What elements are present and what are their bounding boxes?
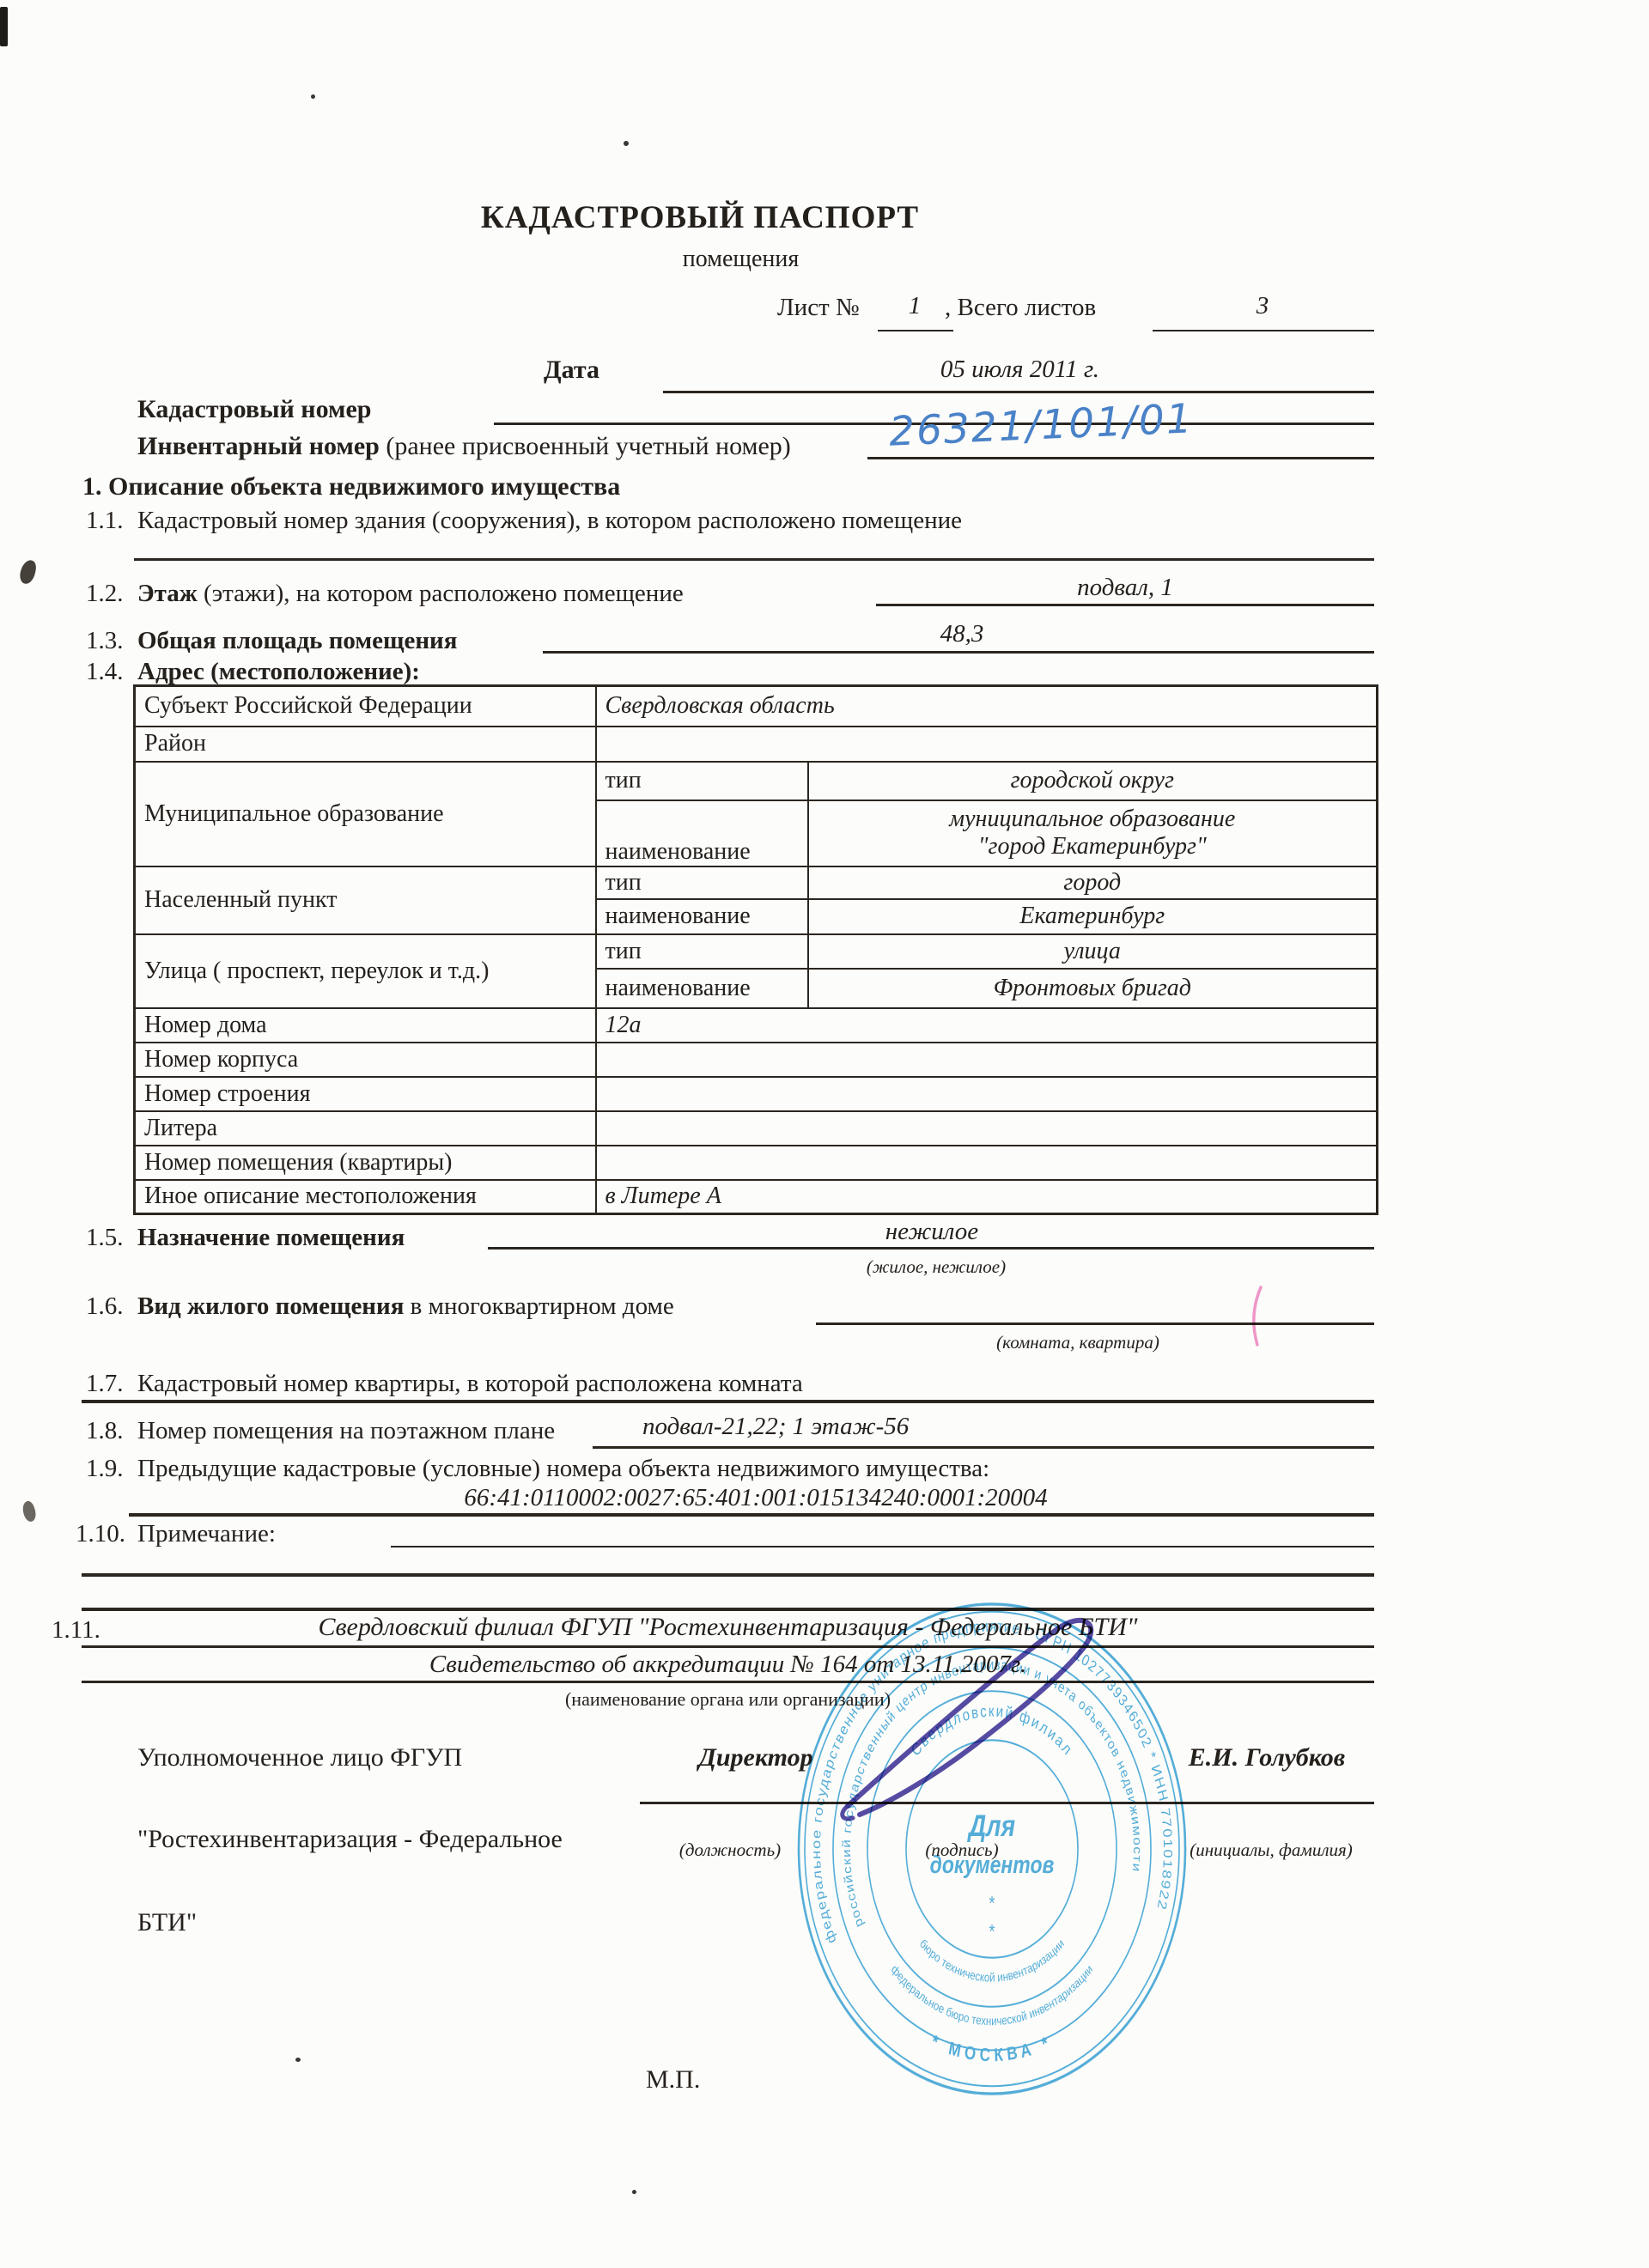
item-1-2-label-rest: (этажи), на котором расположено помещени… <box>198 580 684 607</box>
page-subtitle: помещения <box>0 246 1482 273</box>
item-1-9-underline <box>129 1513 1374 1517</box>
date-value: 05 июля 2011 г. <box>666 356 1374 384</box>
row-label: Улица ( проспект, переулок и т.д.) <box>135 934 596 1008</box>
table-row: Район <box>135 727 1378 762</box>
authorized-person-line3: БТИ" <box>137 1908 197 1937</box>
separator-line <box>82 1573 1374 1577</box>
row-label: Муниципальное образование <box>135 762 596 866</box>
row-value <box>596 1077 1378 1111</box>
row-sub-value: Фронтовых бригад <box>808 969 1378 1008</box>
row-label: Субъект Российской Федерации <box>135 686 596 727</box>
table-row: Муниципальное образование тип городской … <box>135 762 1378 800</box>
item-1-2-num: 1.2. <box>86 580 124 608</box>
row-sub-value: муниципальное образование"город Екатерин… <box>808 800 1378 866</box>
stamp-moscow-text: * МОСКВА * <box>929 2031 1055 2066</box>
item-1-2-value: подвал, 1 <box>876 574 1374 602</box>
item-1-6-hint: (комната, квартира) <box>928 1332 1228 1353</box>
sheet-label: Лист № <box>777 294 860 322</box>
item-1-1-underline <box>134 558 1374 561</box>
item-1-10-num: 1.10. <box>76 1520 125 1548</box>
svg-text:* МОСКВА *: * МОСКВА * <box>929 2031 1055 2066</box>
row-value <box>596 1043 1378 1077</box>
item-1-5-label: Назначение помещения <box>137 1224 405 1252</box>
cadastral-passport-scan: КАДАСТРОВЫЙ ПАСПОРТ помещения Лист № 1 ,… <box>0 0 1649 2268</box>
sheet-total: 3 <box>1151 292 1374 320</box>
item-1-3-label: Общая площадь помещения <box>137 627 457 655</box>
item-1-7-label: Кадастровый номер квартиры, в которой ра… <box>137 1370 803 1398</box>
date-label: Дата <box>544 356 599 385</box>
item-1-2-underline <box>876 604 1374 606</box>
row-value <box>596 1111 1378 1146</box>
row-sub-label: наименование <box>596 899 808 934</box>
item-1-10-label: Примечание: <box>137 1520 276 1548</box>
cadastral-number-label: Кадастровый номер <box>137 395 371 424</box>
row-sub-label: тип <box>596 866 808 899</box>
authorized-person-line2: "Ростехинвентаризация - Федеральное <box>137 1825 563 1854</box>
sheet-total-label: , Всего листов <box>945 294 1096 322</box>
item-1-6-label-rest: в многоквартирном доме <box>404 1292 673 1320</box>
item-1-2-label-bold: Этаж <box>137 580 198 607</box>
table-row: Литера <box>135 1111 1378 1146</box>
item-1-6-num: 1.6. <box>86 1292 124 1321</box>
row-value: 12а <box>596 1008 1378 1043</box>
table-row: Улица ( проспект, переулок и т.д.) тип у… <box>135 934 1378 969</box>
item-1-3-underline <box>543 651 1374 654</box>
row-label: Номер строения <box>135 1077 596 1111</box>
sheet-number: 1 <box>876 292 953 320</box>
item-1-7-num: 1.7. <box>86 1370 124 1398</box>
pen-signature <box>803 1584 1164 1859</box>
row-sub-value: улица <box>808 934 1378 969</box>
item-1-2-label: Этаж (этажи), на котором расположено пом… <box>137 580 684 608</box>
scan-speck <box>624 141 629 146</box>
item-1-3-value: 48,3 <box>550 620 1374 648</box>
row-label: Номер дома <box>135 1008 596 1043</box>
table-row: Населенный пункт тип город <box>135 866 1378 899</box>
table-row: Иное описание местоположения в Литере А <box>135 1180 1378 1214</box>
scan-speck <box>311 94 315 99</box>
item-1-5-num: 1.5. <box>86 1224 124 1252</box>
stamp-star-mark: * <box>989 1893 995 1915</box>
date-underline <box>663 391 1374 393</box>
row-label: Литера <box>135 1111 596 1146</box>
authorized-person-line1: Уполномоченное лицо ФГУП <box>137 1743 462 1772</box>
item-1-1-label: Кадастровый номер здания (сооружения), в… <box>137 507 962 535</box>
row-label: Населенный пункт <box>135 866 596 934</box>
item-1-4-num: 1.4. <box>86 658 124 686</box>
table-row: Номер дома 12а <box>135 1008 1378 1043</box>
table-row: Номер помещения (квартиры) <box>135 1146 1378 1180</box>
inventory-number-handwritten-value: 26321/101/01 <box>888 395 1195 455</box>
item-1-6-underline <box>816 1322 1374 1325</box>
row-sub-label: наименование <box>596 969 808 1008</box>
item-1-6-label-bold: Вид жилого помещения <box>137 1292 404 1320</box>
stamp-star-mark: * <box>989 1921 995 1943</box>
inventory-number-label-note: (ранее присвоенный учетный номер) <box>380 432 791 460</box>
item-1-3-num: 1.3. <box>86 627 124 655</box>
row-label: Номер корпуса <box>135 1043 596 1077</box>
inventory-number-underline <box>867 457 1374 459</box>
item-1-10-underline <box>391 1546 1374 1547</box>
item-1-8-underline <box>593 1446 1374 1449</box>
row-sub-label: тип <box>596 934 808 969</box>
scan-speck <box>632 2190 636 2194</box>
inventory-number-label: Инвентарный номер (ранее присвоенный уче… <box>137 432 791 461</box>
item-1-8-value: подвал-21,22; 1 этаж-56 <box>642 1413 909 1441</box>
svg-text:бюро технической инвентаризаци: бюро технической инвентаризации <box>917 1936 1066 1985</box>
item-1-5-hint: (жилое, нежилое) <box>661 1256 1211 1278</box>
row-label: Иное описание местоположения <box>135 1180 596 1214</box>
item-1-9-label: Предыдущие кадастровые (условные) номера… <box>137 1455 989 1483</box>
sheet-number-underline <box>878 330 953 331</box>
stamp-inner-bottom-text: бюро технической инвентаризации <box>917 1936 1066 1985</box>
item-1-4-label: Адрес (местоположение): <box>137 658 420 686</box>
item-1-5-value: нежилое <box>490 1218 1374 1246</box>
row-value <box>596 727 1378 762</box>
item-1-6-label: Вид жилого помещения в многоквартирном д… <box>137 1292 674 1321</box>
row-label: Район <box>135 727 596 762</box>
row-label: Номер помещения (квартиры) <box>135 1146 596 1180</box>
row-value: Свердловская область <box>596 686 1378 727</box>
item-1-9-value: 66:41:0110002:0027:65:401:001:015134240:… <box>258 1484 1254 1512</box>
row-sub-value-line1: муниципальное образование <box>949 806 1235 832</box>
margin-scribble <box>18 559 37 586</box>
margin-scribble <box>21 1499 39 1523</box>
item-1-1-num: 1.1. <box>86 507 124 535</box>
table-row: Субъект Российской Федерации Свердловска… <box>135 686 1378 727</box>
row-sub-value: город <box>808 866 1378 899</box>
stamp-place-label: М.П. <box>646 2065 700 2095</box>
table-row: Номер корпуса <box>135 1043 1378 1077</box>
page-title: КАДАСТРОВЫЙ ПАСПОРТ <box>0 199 1400 236</box>
row-sub-value: Екатеринбург <box>808 899 1378 934</box>
section1-heading: 1. Описание объекта недвижимого имуществ… <box>82 472 620 502</box>
item-1-5-underline <box>488 1247 1374 1250</box>
item-1-8-num: 1.8. <box>86 1417 124 1445</box>
row-value: в Литере А <box>596 1180 1378 1214</box>
row-value <box>596 1146 1378 1180</box>
separator-line <box>82 1400 1374 1403</box>
row-sub-label: тип <box>596 762 808 800</box>
scan-speck <box>295 2058 301 2062</box>
scan-edge-mark <box>0 7 8 46</box>
inventory-number-label-bold: Инвентарный номер <box>137 432 380 460</box>
pink-pen-mark <box>1247 1285 1269 1348</box>
row-sub-value-line2: "город Екатеринбург" <box>978 833 1207 860</box>
row-sub-value: городской округ <box>808 762 1378 800</box>
row-sub-label: наименование <box>596 800 808 866</box>
item-1-9-num: 1.9. <box>86 1455 124 1483</box>
table-row: Номер строения <box>135 1077 1378 1111</box>
sheet-total-underline <box>1153 330 1374 331</box>
address-table: Субъект Российской Федерации Свердловска… <box>133 684 1378 1215</box>
item-1-8-label: Номер помещения на поэтажном плане <box>137 1417 555 1445</box>
